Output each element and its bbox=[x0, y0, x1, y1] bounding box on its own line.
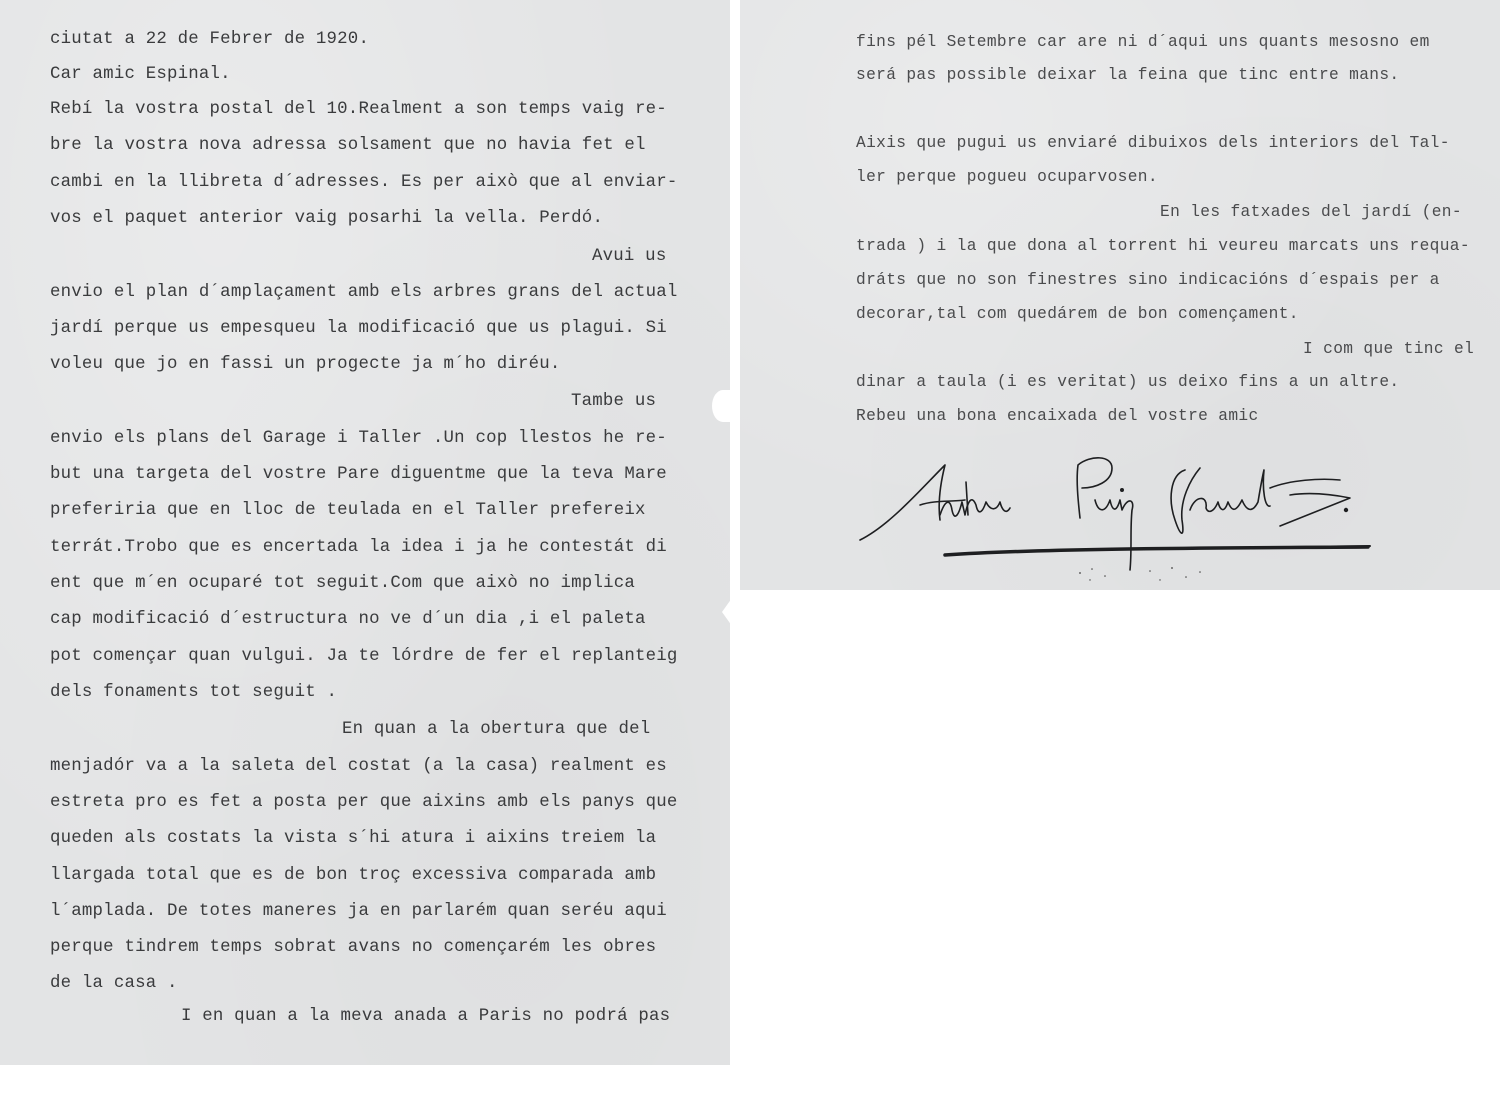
letter-line: envio el plan d´amplaçament amb els arbr… bbox=[50, 284, 678, 301]
letter-line: En quan a la obertura que del bbox=[342, 721, 650, 738]
letter-line: En les fatxades del jardí (en- bbox=[1160, 204, 1462, 220]
letter-line: queden als costats la vista s´hi atura i… bbox=[50, 830, 656, 847]
letter-line: preferiria que en lloc de teulada en el … bbox=[50, 502, 646, 519]
letter-line: de la casa . bbox=[50, 975, 178, 992]
letter-line: Rebeu una bona encaixada del vostre amic bbox=[856, 408, 1259, 424]
letter-line: terrát.Trobo que es encertada la idea i … bbox=[50, 539, 667, 556]
letter-line: l´amplada. De totes maneres ja en parlar… bbox=[50, 903, 667, 920]
letter-line: ciutat a 22 de Febrer de 1920. bbox=[50, 31, 369, 48]
handwritten-signature: Antoni Puig Gairalt bbox=[850, 440, 1390, 590]
letter-line: cap modificació d´estructura no ve d´un … bbox=[50, 611, 646, 628]
letter-line: trada ) i la que dona al torrent hi veur… bbox=[856, 238, 1470, 254]
letter-line: envio els plans del Garage i Taller .Un … bbox=[50, 430, 667, 447]
letter-page-1: ciutat a 22 de Febrer de 1920. Car amic … bbox=[0, 0, 730, 1065]
letter-line: ler perque pogueu ocuparvosen. bbox=[856, 169, 1158, 185]
letter-line: Rebí la vostra postal del 10.Realment a … bbox=[50, 101, 667, 118]
letter-line: dráts que no son finestres sino indicaci… bbox=[856, 272, 1440, 288]
letter-line: I com que tinc el bbox=[1303, 341, 1474, 357]
letter-line: bre la vostra nova adressa solsament que… bbox=[50, 137, 646, 154]
letter-line: I en quan a la meva anada a Paris no pod… bbox=[181, 1008, 670, 1025]
letter-line: dinar a taula (i es veritat) us deixo fi… bbox=[856, 374, 1399, 390]
letter-line: dels fonaments tot seguit . bbox=[50, 684, 337, 701]
paper-tear bbox=[712, 390, 734, 422]
letter-line: menjadór va a la saleta del costat (a la… bbox=[50, 758, 667, 775]
letter-line: voleu que jo en fassi un progecte ja m´h… bbox=[50, 356, 561, 373]
letter-line: ent que m´en ocuparé tot seguit.Com que … bbox=[50, 575, 635, 592]
letter-line: Car amic Espinal. bbox=[50, 66, 231, 83]
letter-line: but una targeta del vostre Pare diguentm… bbox=[50, 466, 667, 483]
letter-line: vos el paquet anterior vaig posarhi la v… bbox=[50, 210, 603, 227]
letter-line: estreta pro es fet a posta per que aixin… bbox=[50, 794, 678, 811]
letter-line: será pas possible deixar la feina que ti… bbox=[856, 67, 1399, 83]
letter-line: Avui us bbox=[592, 248, 666, 265]
letter-line: jardí perque us empesqueu la modificació… bbox=[50, 320, 667, 337]
letter-line: fins pél Setembre car are ni d´aqui uns … bbox=[856, 34, 1430, 50]
letter-line: cambi en la llibreta d´adresses. Es per … bbox=[50, 174, 678, 191]
letter-line: Tambe us bbox=[571, 393, 656, 410]
letter-line: llargada total que es de bon troç excess… bbox=[50, 867, 656, 884]
letter-line: pot començar quan vulgui. Ja te lórdre d… bbox=[50, 648, 678, 665]
letter-line: decorar,tal com quedárem de bon començam… bbox=[856, 306, 1299, 322]
letter-line: perque tindrem temps sobrat avans no com… bbox=[50, 939, 656, 956]
letter-line: Aixis que pugui us enviaré dibuixos dels… bbox=[856, 135, 1450, 151]
